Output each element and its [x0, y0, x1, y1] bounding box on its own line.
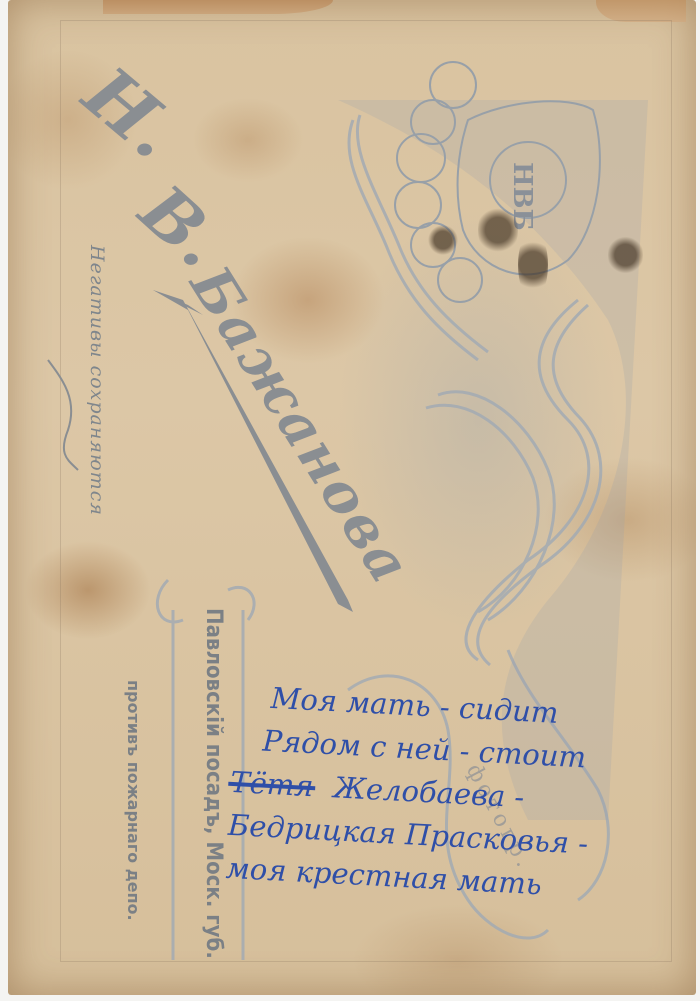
studio-address: Павловскій посадъ, Моск. губ.: [201, 608, 226, 959]
stain: [478, 200, 518, 260]
stain: [518, 230, 548, 300]
handwritten-inscription: Моя мать - сидит Рядом с ней - стоит Тёт…: [225, 675, 596, 909]
inscription-text: Желобаева -: [333, 770, 526, 814]
studio-address-detail: противъ пожарнаго депо.: [124, 680, 143, 921]
struck-out-word: Тётя: [229, 761, 314, 808]
negatives-note: Негативы сохраняются: [86, 245, 108, 516]
photo-card-back: НВБ Н. В. Бажанова Негативы сохраняются …: [8, 0, 696, 995]
stain: [608, 230, 643, 280]
stain: [428, 220, 458, 260]
